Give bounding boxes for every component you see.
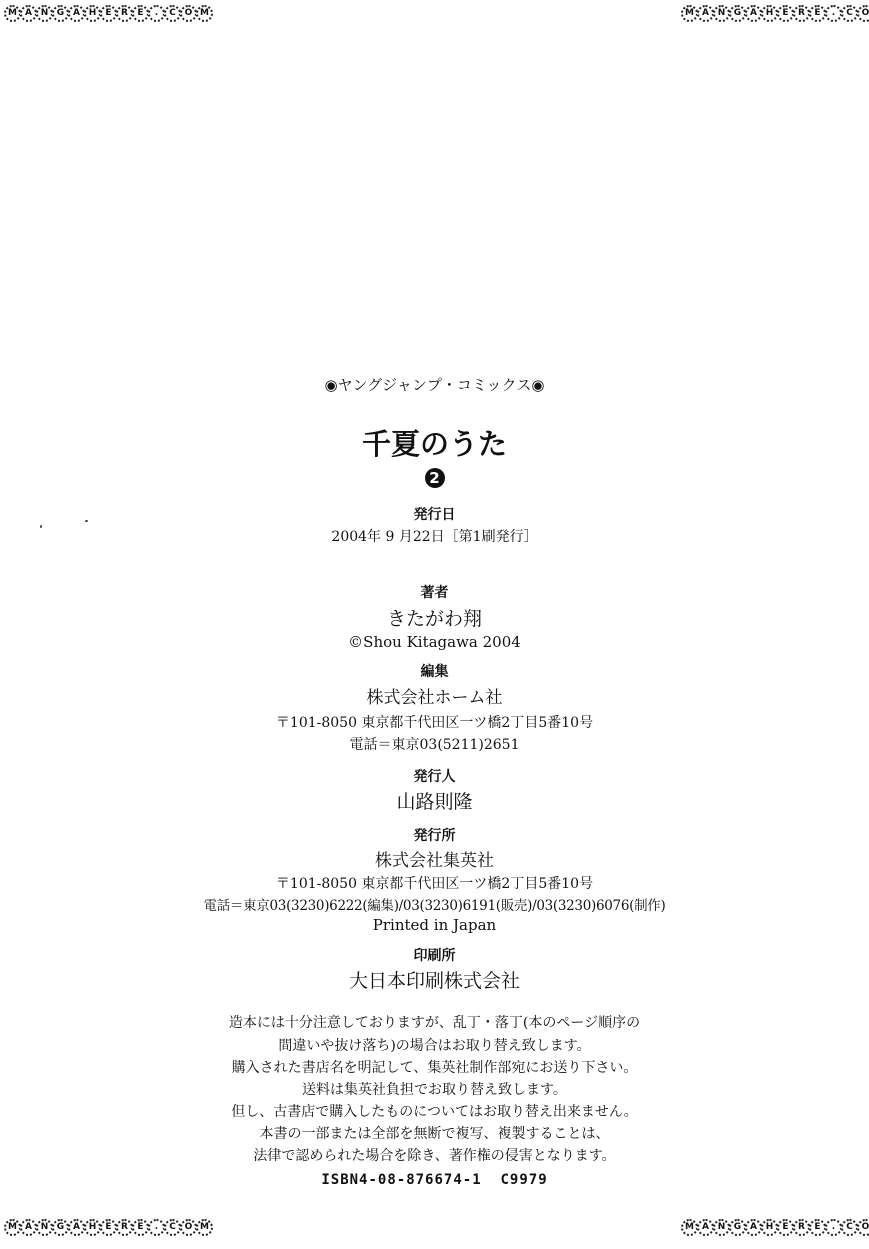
watermark-letter: M: [4, 5, 21, 22]
watermark-letter: H: [84, 5, 101, 22]
watermark-letter: N: [713, 1219, 730, 1236]
editor-company: 株式会社ホーム社: [0, 683, 869, 708]
watermark-letter: O: [180, 5, 197, 22]
watermark-letter: G: [729, 5, 746, 22]
watermark-letter: M: [681, 5, 698, 22]
printer-heading: 印刷所: [0, 945, 869, 965]
book-title: 千夏のうた: [0, 422, 869, 463]
watermark-letter: G: [729, 1219, 746, 1236]
watermark-letter: E: [777, 5, 794, 22]
watermark-letter: M: [196, 5, 213, 22]
watermark-letter: E: [100, 1219, 117, 1236]
watermark-letter: M: [4, 1219, 21, 1236]
watermark-top-right: MANGAHERE.COM: [681, 5, 869, 22]
watermark-letter: .: [148, 5, 165, 22]
publisher-heading: 発行所: [0, 825, 869, 845]
publisher-address: 〒101-8050 東京都千代田区一ツ橋2丁目5番10号: [0, 873, 869, 893]
watermark-letter: .: [148, 1219, 165, 1236]
author-copyright: ©Shou Kitagawa 2004: [0, 633, 869, 651]
editor-phone: 電話＝東京03(5211)2651: [0, 734, 869, 754]
notice-line: 但し、古書店で購入したものについてはお取り替え出来ません。: [0, 1101, 869, 1121]
watermark-letter: R: [793, 1219, 810, 1236]
watermark-letter: N: [36, 5, 53, 22]
watermark-letter: E: [132, 1219, 149, 1236]
watermark-letter: E: [777, 1219, 794, 1236]
publisher-phone: 電話＝東京03(3230)6222(編集)/03(3230)6191(販売)/0…: [0, 894, 869, 914]
watermark-letter: M: [196, 1219, 213, 1236]
watermark-letter: E: [809, 5, 826, 22]
issue-date: 2004年 9 月22日［第1刷発行］: [0, 526, 869, 546]
volume-number: 2: [425, 468, 445, 488]
editor-heading: 編集: [0, 661, 869, 681]
watermark-letter: G: [52, 5, 69, 22]
watermark-letter: A: [20, 1219, 37, 1236]
watermark-letter: M: [681, 1219, 698, 1236]
watermark-letter: R: [116, 1219, 133, 1236]
watermark-letter: A: [20, 5, 37, 22]
publisher-company: 株式会社集英社: [0, 846, 869, 871]
watermark-letter: A: [68, 5, 85, 22]
watermark-letter: R: [116, 5, 133, 22]
watermark-letter: C: [164, 1219, 181, 1236]
author-name: きたがわ翔: [0, 604, 869, 631]
watermark-bottom-right: MANGAHERE.COM: [681, 1219, 869, 1236]
watermark-letter: H: [761, 5, 778, 22]
watermark-letter: E: [132, 5, 149, 22]
publisher-person-heading: 発行人: [0, 766, 869, 786]
printer-company: 大日本印刷株式会社: [0, 966, 869, 993]
notice-line: 本書の一部または全部を無断で複写、複製することは、: [0, 1123, 869, 1143]
watermark-letter: G: [52, 1219, 69, 1236]
issue-heading: 発行日: [0, 504, 869, 524]
watermark-letter: A: [697, 5, 714, 22]
author-heading: 著者: [0, 582, 869, 602]
printed-in-japan: Printed in Japan: [0, 916, 869, 934]
watermark-letter: A: [745, 5, 762, 22]
watermark-letter: C: [841, 5, 858, 22]
watermark-letter: H: [84, 1219, 101, 1236]
watermark-letter: A: [697, 1219, 714, 1236]
watermark-bottom-left: MANGAHERE.COM: [4, 1219, 212, 1236]
series-label: ◉ヤングジャンプ・コミックス◉: [0, 374, 869, 395]
volume-badge: 2: [0, 468, 869, 488]
watermark-letter: E: [809, 1219, 826, 1236]
notice-line: 送料は集英社負担でお取り替え致します。: [0, 1079, 869, 1099]
watermark-letter: O: [857, 5, 869, 22]
watermark-letter: N: [36, 1219, 53, 1236]
watermark-letter: O: [857, 1219, 869, 1236]
watermark-letter: A: [68, 1219, 85, 1236]
watermark-letter: H: [761, 1219, 778, 1236]
notice-line: 造本には十分注意しておりますが、乱丁・落丁(本のページ順序の: [0, 1012, 869, 1032]
watermark-letter: .: [825, 1219, 842, 1236]
notice-line: 間違いや抜け落ち)の場合はお取り替え致します。: [0, 1035, 869, 1055]
watermark-letter: A: [745, 1219, 762, 1236]
watermark-letter: R: [793, 5, 810, 22]
watermark-letter: C: [841, 1219, 858, 1236]
watermark-top-left: MANGAHERE.COM: [4, 5, 212, 22]
watermark-letter: E: [100, 5, 117, 22]
isbn: ISBN4-08-876674-1 C9979: [0, 1172, 869, 1188]
notice-line: 購入された書店名を明記して、集英社制作部宛にお送り下さい。: [0, 1057, 869, 1077]
watermark-letter: C: [164, 5, 181, 22]
editor-address: 〒101-8050 東京都千代田区一ツ橋2丁目5番10号: [0, 712, 869, 732]
watermark-letter: N: [713, 5, 730, 22]
publisher-person-name: 山路則隆: [0, 787, 869, 814]
watermark-letter: O: [180, 1219, 197, 1236]
notice-line: 法律で認められた場合を除き、著作権の侵害となります。: [0, 1145, 869, 1165]
watermark-letter: .: [825, 5, 842, 22]
